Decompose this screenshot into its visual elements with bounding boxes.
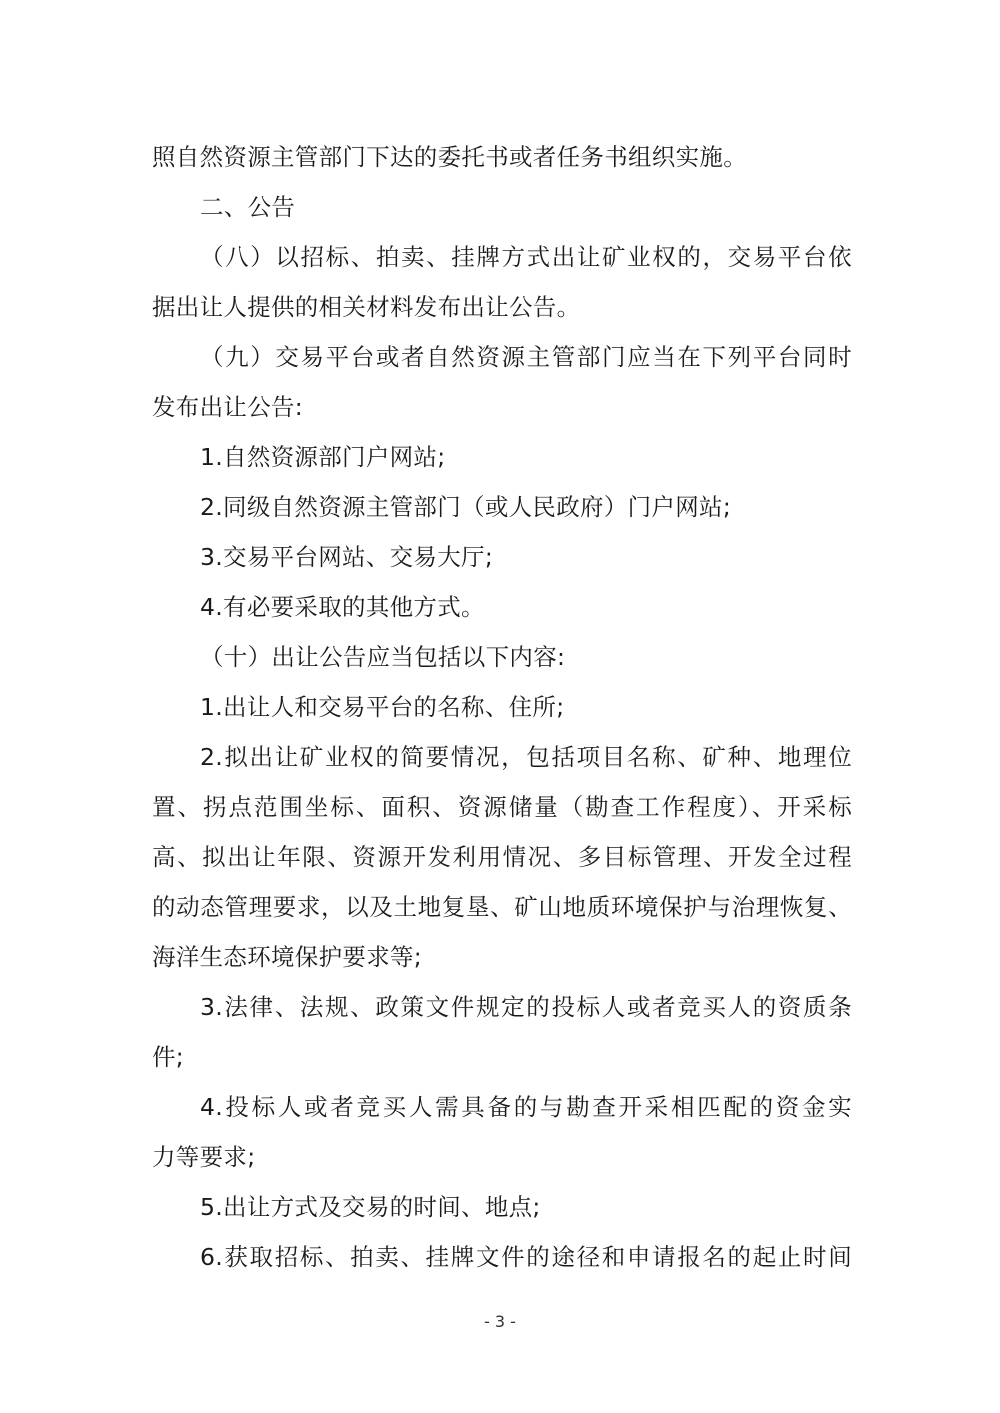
document-page: 照自然资源主管部门下达的委托书或者任务书组织实施。二、公告（八）以招标、拍卖、挂… [0, 0, 1000, 1413]
text-line: （八）以招标、拍卖、挂牌方式出让矿业权的，交易平台依 [152, 232, 852, 282]
text-line: 照自然资源主管部门下达的委托书或者任务书组织实施。 [152, 132, 852, 182]
text-line: 发布出让公告: [152, 382, 852, 432]
text-line: 二、公告 [152, 182, 852, 232]
text-line: 1.出让人和交易平台的名称、住所; [152, 682, 852, 732]
document-body: 照自然资源主管部门下达的委托书或者任务书组织实施。二、公告（八）以招标、拍卖、挂… [152, 132, 852, 1282]
text-line: 置、拐点范围坐标、面积、资源储量（勘查工作程度）、开采标 [152, 782, 852, 832]
text-line: （十）出让公告应当包括以下内容: [152, 632, 852, 682]
text-line: 3.法律、法规、政策文件规定的投标人或者竞买人的资质条 [152, 982, 852, 1032]
text-line: 1.自然资源部门户网站; [152, 432, 852, 482]
page-number: - 3 - [0, 1312, 1000, 1331]
text-line: 3.交易平台网站、交易大厅; [152, 532, 852, 582]
text-line: 力等要求; [152, 1132, 852, 1182]
text-line: 5.出让方式及交易的时间、地点; [152, 1182, 852, 1232]
text-line: 件; [152, 1032, 852, 1082]
text-line: （九）交易平台或者自然资源主管部门应当在下列平台同时 [152, 332, 852, 382]
text-line: 高、拟出让年限、资源开发利用情况、多目标管理、开发全过程 [152, 832, 852, 882]
text-line: 6.获取招标、拍卖、挂牌文件的途径和申请报名的起止时间 [152, 1232, 852, 1282]
text-line: 海洋生态环境保护要求等; [152, 932, 852, 982]
text-line: 4.有必要采取的其他方式。 [152, 582, 852, 632]
text-line: 2.同级自然资源主管部门（或人民政府）门户网站; [152, 482, 852, 532]
text-line: 4.投标人或者竞买人需具备的与勘查开采相匹配的资金实 [152, 1082, 852, 1132]
text-line: 的动态管理要求，以及土地复垦、矿山地质环境保护与治理恢复、 [152, 882, 852, 932]
text-line: 2.拟出让矿业权的简要情况，包括项目名称、矿种、地理位 [152, 732, 852, 782]
text-line: 据出让人提供的相关材料发布出让公告。 [152, 282, 852, 332]
